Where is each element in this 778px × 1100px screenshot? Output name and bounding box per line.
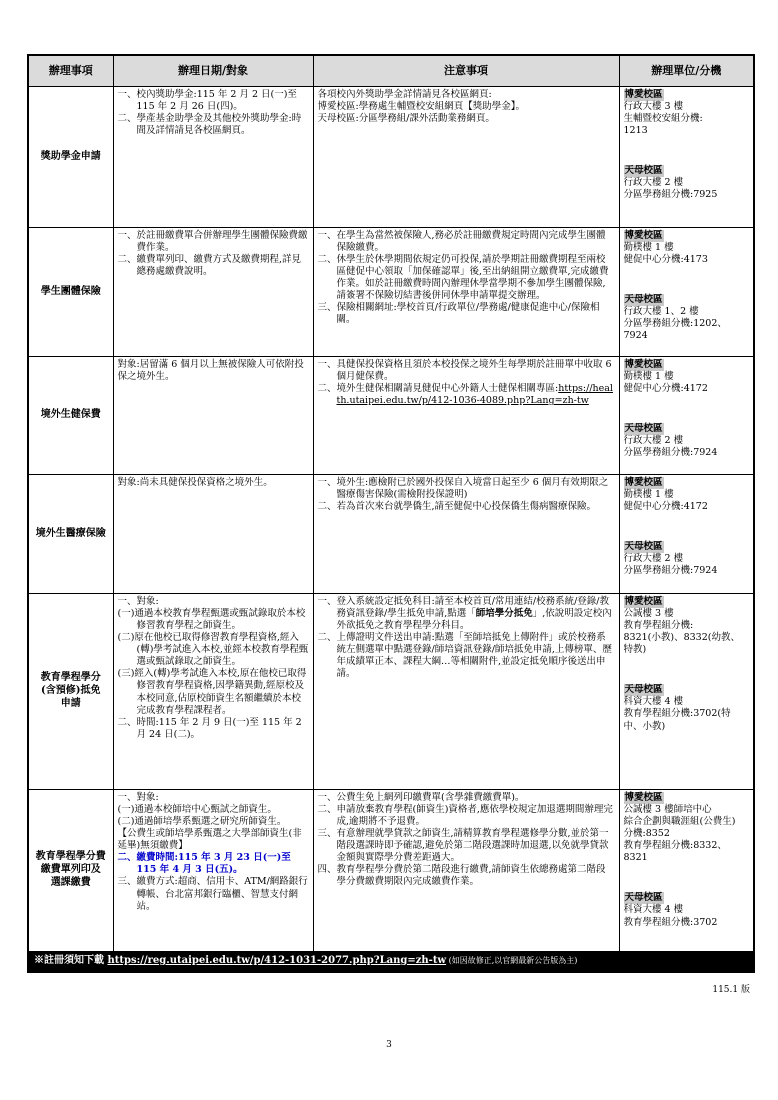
text-line: 各項校內外獎助學金詳情請見各校區網頁: (318, 89, 615, 101)
cell-unit-extension: 博愛校區公誠樓 3 樓教育學程組分機:8321(小教)、8332(幼教、特教)天… (619, 594, 754, 790)
text-segment: 二、繳費時間:115 年 3 月 23 日(一)至 115 年 4 月 3 日(… (118, 852, 291, 875)
cell-unit-extension: 博愛校區行政大樓 3 樓生輔暨校安組分機:1213天母校區行政大樓 2 樓分區學… (619, 87, 754, 228)
cell-unit-extension: 博愛校區勤樸樓 1 樓健促中心分機:4172天母校區行政大樓 2 樓分區學務組分… (619, 475, 754, 594)
text-line: 對象:尚未具健保投保資格之境外生。 (118, 477, 309, 489)
unit-line: 分區學務組分機:7924 (624, 447, 750, 459)
campus-label: 博愛校區 (624, 359, 664, 371)
unit-line: 生輔暨校安組分機: (624, 113, 750, 125)
cell-notes: 一、公費生免上網列印繳費單(含學雜費繳費單)。二、申請放棄教育學程(師資生)資格… (313, 790, 619, 952)
text-line: (二)原在他校已取得修習教育學程資格,經入(轉)學考試進入本校,並經本校教育學程… (118, 632, 309, 668)
text-segment: (二)通過師培學系甄選之研究所師資生。 (118, 816, 287, 827)
text-segment: (二)原在他校已取得修習教育學程資格,經入(轉)學考試進入本校,並經本校教育學程… (118, 632, 309, 667)
campus-block: 天母校區科資大樓 4 樓教育學程組分機:3702 (624, 892, 750, 928)
text-line: 一、具健保投保資格且須於本校投保之境外生每學期於註冊單中收取 6 個月健保費。 (318, 359, 615, 383)
cell-date-target: 對象:尚未具健保投保資格之境外生。 (113, 475, 313, 594)
cell-procedure-item: 教育學程學分費 繳費單列印及 選課繳費 (28, 790, 113, 952)
text-line: 二、上傳證明文件送出申請:點選「至師培抵免上傳附件」或於校務系統左側選單中點選登… (318, 632, 615, 680)
text-line: 一、登入系統設定抵免科目:請至本校首頁/常用連結/校務系統/登錄/教務資訊登錄/… (318, 596, 615, 632)
campus-block: 天母校區行政大樓 2 樓分區學務組分機:7924 (624, 541, 750, 577)
unit-line: 分機:8352 (624, 828, 750, 840)
cell-notes: 一、在學生為當然被保險人,務必於註冊繳費規定時間內完成學生團體保險繳費。二、休學… (313, 228, 619, 357)
text-line: (三)經入(轉)學考試進入本校,原在他校已取得修習教育學程資格,因學籍異動,經原… (118, 668, 309, 716)
unit-line: 教育學程組分機:8332、8321 (624, 840, 750, 864)
unit-line: 分區學務組分機:7924 (624, 565, 750, 577)
campus-block: 天母校區行政大樓 2 樓分區學務組分機:7924 (624, 423, 750, 459)
unit-line: 健促中心分機:4172 (624, 501, 750, 513)
unit-line: 行政大樓 3 樓 (624, 101, 750, 113)
unit-line: 教育學程組分機: (624, 620, 750, 632)
table-row: 教育學程學分費 繳費單列印及 選課繳費一、對象:(一)通過本校師培中心甄試之師資… (28, 790, 754, 952)
text-line: 二、申請放棄教育學程(師資生)資格者,應依學校規定加退選期間辦理完成,逾期將不予… (318, 804, 615, 828)
campus-label: 博愛校區 (624, 89, 664, 101)
registration-note-cell: ※註冊須知下載 https://reg.utaipei.edu.tw/p/412… (28, 952, 754, 972)
text-line: 二、休學生於休學期間依規定仍可投保,請於學期註冊繳費期程至兩校區健促中心領取「加… (318, 254, 615, 302)
campus-label: 天母校區 (624, 892, 664, 904)
table-row: 教育學程學分 (含預修)抵免 申請一、對象:(一)通過本校教育學程甄選或甄試錄取… (28, 594, 754, 790)
text-segment: 三、繳費方式:超商、信用卡、ATM/網路銀行轉帳、台北富邦銀行臨櫃、智慧支付網站… (118, 876, 308, 911)
campus-block: 博愛校區行政大樓 3 樓生輔暨校安組分機:1213 (624, 89, 750, 137)
text-line: 一、校內獎助學金:115 年 2 月 2 日(一)至 115 年 2 月 26 … (118, 89, 309, 113)
campus-block: 博愛校區公誠樓 3 樓師培中心綜合企劃與職涯組(公費生)分機:8352教育學程組… (624, 792, 750, 864)
text-line: (一)通過本校教育學程甄選或甄試錄取於本校修習教育學程之師資生。 (118, 608, 309, 632)
cell-notes: 一、具健保投保資格且須於本校投保之境外生每學期於註冊單中收取 6 個月健保費。二… (313, 357, 619, 475)
cell-notes: 一、境外生:應檢附已於國外投保自入境當日起至少 6 個月有效期限之醫療傷害保險(… (313, 475, 619, 594)
document-page: 辦理事項 辦理日期/對象 注意事項 辦理單位/分機 獎助學金申請一、校內獎助學金… (0, 0, 778, 1100)
cell-procedure-item: 境外生醫療保險 (28, 475, 113, 594)
text-line: 一、公費生免上網列印繳費單(含學雜費繳費單)。 (318, 792, 615, 804)
unit-line: 勤樸樓 1 樓 (624, 242, 750, 254)
cell-unit-extension: 博愛校區勤樸樓 1 樓健促中心分機:4173天母校區行政大樓 1、2 樓分區學務… (619, 228, 754, 357)
text-line: 三、繳費方式:超商、信用卡、ATM/網路銀行轉帳、台北富邦銀行臨櫃、智慧支付網站… (118, 876, 309, 912)
registration-notice-link[interactable]: https://reg.utaipei.edu.tw/p/412-1031-20… (107, 955, 446, 966)
text-line: 二、繳費時間:115 年 3 月 23 日(一)至 115 年 4 月 3 日(… (118, 852, 309, 876)
campus-label: 天母校區 (624, 423, 664, 435)
campus-label: 天母校區 (624, 684, 664, 696)
campus-block: 博愛校區公誠樓 3 樓教育學程組分機:8321(小教)、8332(幼教、特教) (624, 596, 750, 656)
unit-line: 健促中心分機:4172 (624, 383, 750, 395)
text-line: 二、時間:115 年 2 月 9 日(一)至 115 年 2 月 24 日(二)… (118, 717, 309, 741)
text-segment: 天母校區:分區學務組/課外活動業務網頁。 (318, 113, 495, 124)
table-row: 境外生醫療保險對象:尚未具健保投保資格之境外生。一、境外生:應檢附已於國外投保自… (28, 475, 754, 594)
cell-unit-extension: 博愛校區公誠樓 3 樓師培中心綜合企劃與職涯組(公費生)分機:8352教育學程組… (619, 790, 754, 952)
text-line: 一、在學生為當然被保險人,務必於註冊繳費規定時間內完成學生團體保險繳費。 (318, 230, 615, 254)
text-line: 一、對象: (118, 596, 309, 608)
unit-line: 勤樸樓 1 樓 (624, 371, 750, 383)
cell-procedure-item: 獎助學金申請 (28, 87, 113, 228)
table-row: 獎助學金申請一、校內獎助學金:115 年 2 月 2 日(一)至 115 年 2… (28, 87, 754, 228)
cell-procedure-item: 學生團體保險 (28, 228, 113, 357)
procedures-table: 辦理事項 辦理日期/對象 注意事項 辦理單位/分機 獎助學金申請一、校內獎助學金… (27, 54, 755, 973)
text-line: 一、於註冊繳費單合併辦理學生團體保險費繳費作業。 (118, 230, 309, 254)
unit-line: 公誠樓 3 樓 (624, 608, 750, 620)
header-unit-extension: 辦理單位/分機 (619, 55, 754, 87)
text-segment: 二、學產基金助學金及其他校外獎助學金:時間及詳情請見各校區網頁。 (118, 113, 302, 136)
text-segment: (一)通過本校教育學程甄選或甄試錄取於本校修習教育學程之師資生。 (118, 608, 306, 631)
cell-date-target: 對象:居留滿 6 個月以上無被保險人可依附投保之境外生。 (113, 357, 313, 475)
header-notes: 注意事項 (313, 55, 619, 87)
text-segment: 二、申請放棄教育學程(師資生)資格者,應依學校規定加退選期間辦理完成,逾期將不予… (318, 804, 613, 827)
unit-line: 公誠樓 3 樓師培中心 (624, 804, 750, 816)
text-segment: 三、保險相關網址:學校首頁/行政單位/學務處/健康促進中心/保險相關。 (318, 302, 600, 325)
unit-line: 行政大樓 2 樓 (624, 177, 750, 189)
unit-line: 科資大樓 4 樓 (624, 904, 750, 916)
header-item: 辦理事項 (28, 55, 113, 87)
campus-label: 博愛校區 (624, 792, 664, 804)
text-line: 對象:居留滿 6 個月以上無被保險人可依附投保之境外生。 (118, 359, 309, 383)
campus-block: 天母校區行政大樓 1、2 樓分區學務組分機:1202、7924 (624, 294, 750, 342)
text-line: 天母校區:分區學務組/課外活動業務網頁。 (318, 113, 615, 125)
campus-label: 天母校區 (624, 294, 664, 306)
campus-label: 博愛校區 (624, 596, 664, 608)
text-segment: 一、於註冊繳費單合併辦理學生團體保險費繳費作業。 (118, 230, 308, 253)
text-line: 三、有意辦理就學貸款之師資生,請精算教育學程選修學分數,並於第一階段選課時即予確… (318, 828, 615, 864)
text-line: 博愛校區:學務處生輔暨校安組網頁【獎助學金】。 (318, 101, 615, 113)
text-segment: 一、校內獎助學金:115 年 2 月 2 日(一)至 115 年 2 月 26 … (118, 89, 297, 112)
cell-notes: 各項校內外獎助學金詳情請見各校區網頁:博愛校區:學務處生輔暨校安組網頁【獎助學金… (313, 87, 619, 228)
campus-block: 天母校區科資大樓 4 樓教育學程組分機:3702(特中、小教) (624, 684, 750, 732)
text-segment: 對象:尚未具健保投保資格之境外生。 (118, 477, 273, 488)
text-segment: 一、具健保投保資格且須於本校投保之境外生每學期於註冊單中收取 6 個月健保費。 (318, 359, 612, 382)
text-segment: 一、對象: (118, 596, 159, 607)
campus-block: 博愛校區勤樸樓 1 樓健促中心分機:4172 (624, 477, 750, 513)
text-segment: 一、公費生免上網列印繳費單(含學雜費繳費單)。 (318, 792, 525, 803)
note-suffix: (如因故修正,以官網最新公告版為主) (446, 956, 577, 965)
text-segment: 二、上傳證明文件送出申請:點選「至師培抵免上傳附件」或於校務系統左側選單中點選登… (318, 632, 612, 679)
text-line: (二)通過師培學系甄選之研究所師資生。 (118, 816, 309, 828)
unit-line: 科資大樓 4 樓 (624, 696, 750, 708)
text-segment: 三、有意辦理就學貸款之師資生,請精算教育學程選修學分數,並於第一階段選課時即予確… (318, 828, 609, 863)
unit-line: 綜合企劃與職涯組(公費生) (624, 816, 750, 828)
text-segment: 各項校內外獎助學金詳情請見各校區網頁: (318, 89, 492, 100)
text-segment: (一)通過本校師培中心甄試之師資生。 (118, 804, 277, 815)
campus-label: 天母校區 (624, 165, 664, 177)
registration-note-bar: ※註冊須知下載 https://reg.utaipei.edu.tw/p/412… (28, 952, 754, 972)
unit-line: 行政大樓 2 樓 (624, 553, 750, 565)
text-segment: 二、休學生於休學期間依規定仍可投保,請於學期註冊繳費期程至兩校區健促中心領取「加… (318, 254, 609, 301)
campus-label: 天母校區 (624, 541, 664, 553)
unit-line: 健促中心分機:4173 (624, 254, 750, 266)
table-row: 學生團體保險一、於註冊繳費單合併辦理學生團體保險費繳費作業。二、繳費單列印、繳費… (28, 228, 754, 357)
campus-block: 博愛校區勤樸樓 1 樓健促中心分機:4173 (624, 230, 750, 266)
unit-line: 8321(小教)、8332(幼教、特教) (624, 632, 750, 656)
text-segment: 博愛校區:學務處生輔暨校安組網頁【獎助學金】。 (318, 101, 525, 112)
campus-label: 博愛校區 (624, 230, 664, 242)
cell-date-target: 一、對象:(一)通過本校師培中心甄試之師資生。(二)通過師培學系甄選之研究所師資… (113, 790, 313, 952)
text-segment: 一、境外生:應檢附已於國外投保自入境當日起至少 6 個月有效期限之醫療傷害保險(… (318, 477, 609, 500)
text-line: 三、保險相關網址:學校首頁/行政單位/學務處/健康促進中心/保險相關。 (318, 302, 615, 326)
text-line: 四、教育學程學分費於第二階段進行繳費,請師資生依總務處第二階段學分費繳費期限內完… (318, 864, 615, 888)
cell-procedure-item: 教育學程學分 (含預修)抵免 申請 (28, 594, 113, 790)
cell-notes: 一、登入系統設定抵免科目:請至本校首頁/常用連結/校務系統/登錄/教務資訊登錄/… (313, 594, 619, 790)
cell-date-target: 一、對象:(一)通過本校教育學程甄選或甄試錄取於本校修習教育學程之師資生。(二)… (113, 594, 313, 790)
unit-line: 1213 (624, 125, 750, 137)
text-segment: 二、繳費單列印、繳費方式及繳費期程,詳見總務處繳費說明。 (118, 254, 302, 277)
text-line: 【公費生或師培學系甄選之大學部師資生(非延畢)無須繳費】 (118, 828, 309, 852)
cell-unit-extension: 博愛校區勤樸樓 1 樓健促中心分機:4172天母校區行政大樓 2 樓分區學務組分… (619, 357, 754, 475)
unit-line: 行政大樓 2 樓 (624, 435, 750, 447)
campus-block: 天母校區行政大樓 2 樓分區學務組分機:7925 (624, 165, 750, 201)
unit-line: 勤樸樓 1 樓 (624, 489, 750, 501)
cell-date-target: 一、校內獎助學金:115 年 2 月 2 日(一)至 115 年 2 月 26 … (113, 87, 313, 228)
cell-procedure-item: 境外生健保費 (28, 357, 113, 475)
text-line: 二、境外生健保相關請見健促中心外籍人士健保相關專區:https://health… (318, 383, 615, 407)
unit-line: 教育學程組分機:3702(特中、小教) (624, 708, 750, 732)
unit-line: 分區學務組分機:1202、7924 (624, 318, 750, 342)
text-line: 二、繳費單列印、繳費方式及繳費期程,詳見總務處繳費說明。 (118, 254, 309, 278)
campus-block: 博愛校區勤樸樓 1 樓健促中心分機:4172 (624, 359, 750, 395)
text-segment: 一、對象: (118, 792, 159, 803)
text-segment: 二、境外生健保相關請見健促中心外籍人士健保相關專區: (318, 383, 559, 394)
version-label: 115.1 版 (712, 982, 750, 995)
campus-label: 博愛校區 (624, 477, 664, 489)
text-line: 二、若為首次來台就學僑生,請至健促中心投保僑生傷病醫療保險。 (318, 501, 615, 513)
unit-line: 分區學務組分機:7925 (624, 189, 750, 201)
text-segment: 對象:居留滿 6 個月以上無被保險人可依附投保之境外生。 (118, 359, 304, 382)
text-line: (一)通過本校師培中心甄試之師資生。 (118, 804, 309, 816)
text-line: 一、境外生:應檢附已於國外投保自入境當日起至少 6 個月有效期限之醫療傷害保險(… (318, 477, 615, 501)
text-segment: (三)經入(轉)學考試進入本校,原在他校已取得修習教育學程資格,因學籍異動,經原… (118, 668, 307, 715)
text-line: 一、對象: (118, 792, 309, 804)
text-segment: 一、在學生為當然被保險人,務必於註冊繳費規定時間內完成學生團體保險繳費。 (318, 230, 606, 253)
table-row: 境外生健保費對象:居留滿 6 個月以上無被保險人可依附投保之境外生。一、具健保投… (28, 357, 754, 475)
text-segment: 四、教育學程學分費於第二階段進行繳費,請師資生依總務處第二階段學分費繳費期限內完… (318, 864, 606, 887)
table-header-row: 辦理事項 辦理日期/對象 注意事項 辦理單位/分機 (28, 55, 754, 87)
header-date-target: 辦理日期/對象 (113, 55, 313, 87)
text-segment: 師培學分抵免 (476, 608, 533, 619)
unit-line: 教育學程組分機:3702 (624, 917, 750, 929)
page-number: 3 (0, 1040, 778, 1050)
text-segment: 【公費生或師培學系甄選之大學部師資生(非延畢)無須繳費】 (118, 828, 302, 851)
text-segment: 二、時間:115 年 2 月 9 日(一)至 115 年 2 月 24 日(二)… (118, 717, 302, 740)
note-prefix: ※註冊須知下載 (34, 955, 107, 966)
unit-line: 行政大樓 1、2 樓 (624, 306, 750, 318)
text-line: 二、學產基金助學金及其他校外獎助學金:時間及詳情請見各校區網頁。 (118, 113, 309, 137)
cell-date-target: 一、於註冊繳費單合併辦理學生團體保險費繳費作業。二、繳費單列印、繳費方式及繳費期… (113, 228, 313, 357)
text-segment: 二、若為首次來台就學僑生,請至健促中心投保僑生傷病醫療保險。 (318, 501, 597, 512)
